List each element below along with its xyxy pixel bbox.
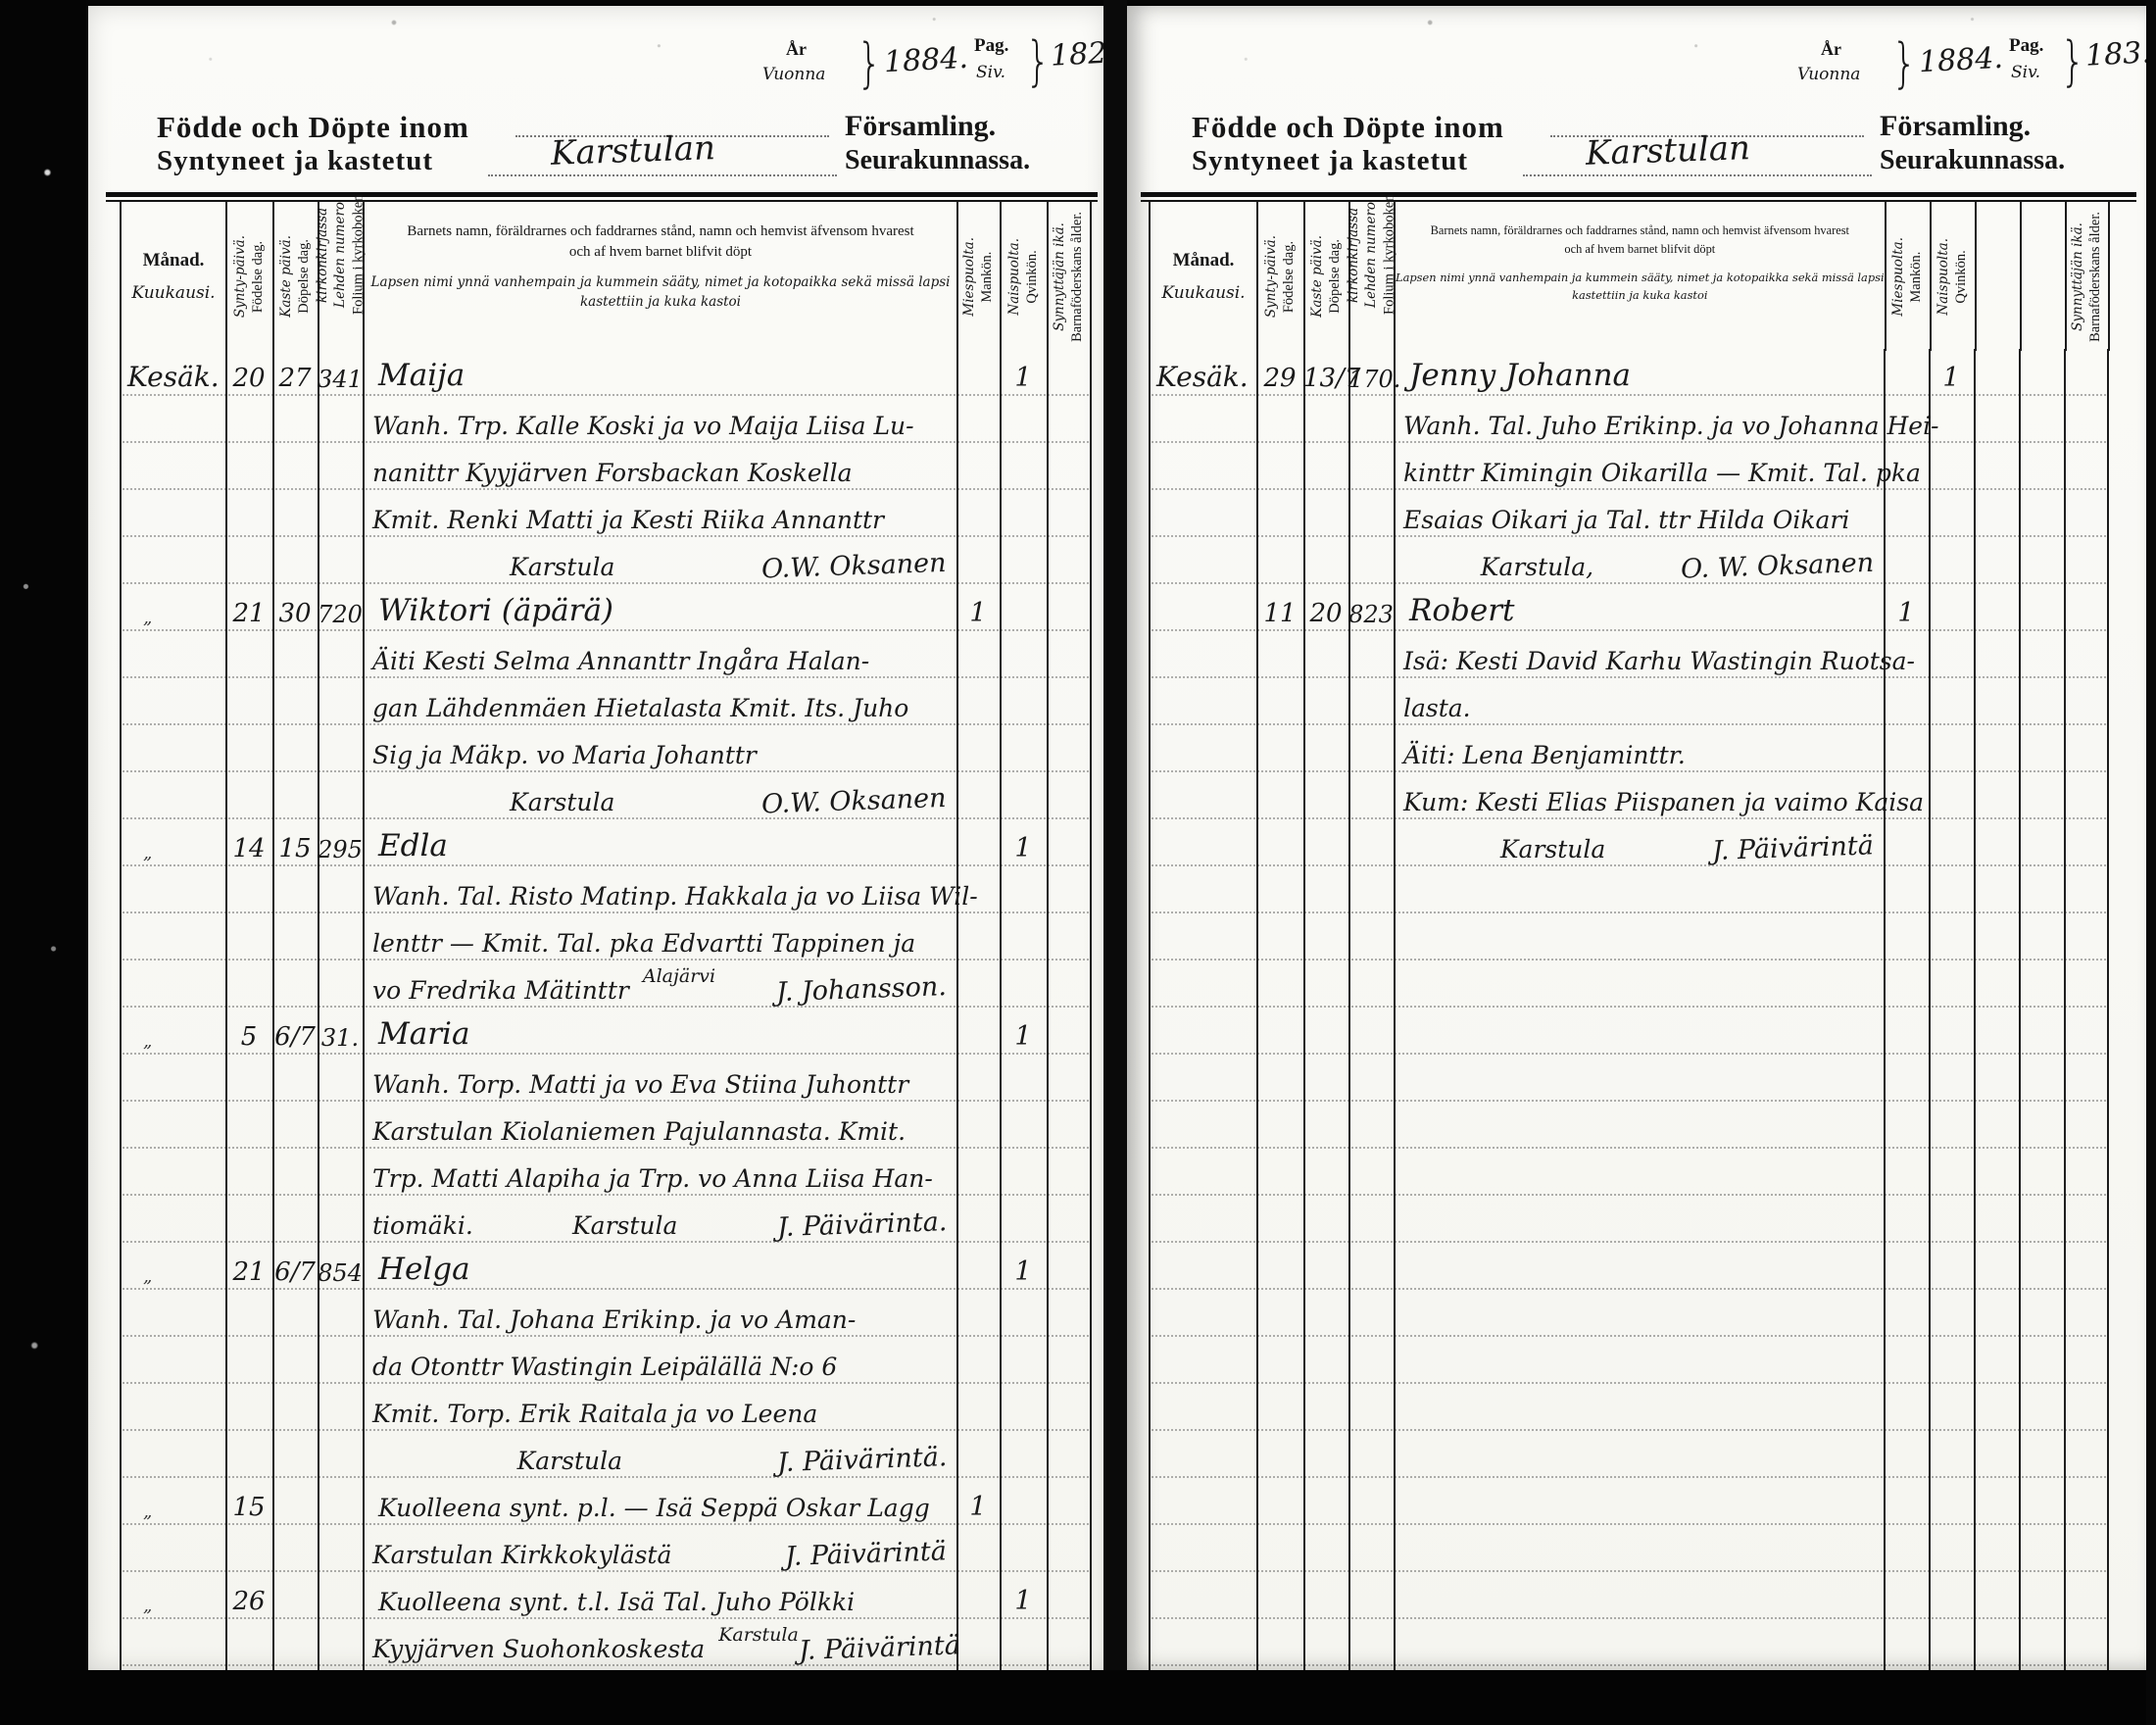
female-label-sv: Qvinkön. (1023, 238, 1043, 316)
entry-month: „ (120, 1596, 225, 1619)
month-label-sv: Månad. (1173, 250, 1235, 271)
brace-glyph: } (1025, 33, 1051, 90)
folio-label-fi1: Lehden numero (331, 159, 349, 351)
entry-first-row: „216/7854Helga1 (120, 1243, 1092, 1290)
entry-birth-day: 5 (225, 1022, 272, 1055)
column-header-female: Qvinkön.Naispuolta. (1000, 202, 1047, 351)
entry-first-row: „1415295Edla1 (120, 819, 1092, 866)
month-label-sv: Månad. (143, 250, 205, 271)
entry-baptism-day: 30 (272, 599, 318, 631)
birth-label-fi: Synty-päivä. (1262, 235, 1280, 318)
entry-child-name: Kuolleena synt. t.l. Isä Tal. Juho Pölkk… (363, 1588, 956, 1619)
entry-baptism-day: 27 (272, 364, 318, 396)
mother-age-label-fi: Synnyttäjän ikä. (1051, 212, 1068, 342)
title-swedish: Födde och Döpte inom (157, 110, 469, 145)
entry-child-name: Wiktori (äpärä) (363, 593, 956, 631)
entry-signature-line: KarstulaJ. Päivärintä. (363, 1445, 956, 1478)
entry-text-line: lenttr — Kmit. Tal. pka Edvartti Tappine… (363, 929, 956, 961)
entry-sign-row: KarstulaJ. Päivärintä (1149, 819, 2109, 866)
sex-tally-mark: 1 (1884, 598, 1929, 631)
sex-tally-mark: 1 (1000, 833, 1047, 866)
entry-sign-row: KarstulaJ. Päivärintä. (120, 1431, 1092, 1478)
sex-tally-mark: 1 (1000, 1586, 1047, 1619)
signature-place: Karstula (363, 553, 761, 581)
entry-text-line: Äiti Kesti Selma Annanttr Ingåra Halan- (363, 647, 956, 678)
entry-signature-line: vo Fredrika MätinttrAlajärviJ. Johansson… (363, 974, 956, 1008)
title-right-finnish: Seurakunnassa. (845, 145, 1030, 176)
entry-month: „ (120, 1266, 225, 1290)
column-header-birth-day: Födelse dag.Synty-päivä. (225, 202, 272, 351)
entry-birth-day: 21 (225, 599, 272, 631)
sex-tally-mark: 1 (1000, 1257, 1047, 1290)
entry-text-row: Isä: Kesti David Karhu Wastingin Ruotsa- (1149, 631, 2109, 678)
entry-month: „ (120, 843, 225, 866)
signature-note-above: Karstula (705, 1624, 799, 1646)
entry-first-row: Kesäk.2913/7170.Jenny Johanna1 (1149, 349, 2109, 396)
register-entry: Kesäk.2913/7170.Jenny Johanna1Wanh. Tal.… (1149, 349, 2109, 584)
page-number-handwritten: 183. (2084, 35, 2152, 73)
entry-signature-line: tiomäki.KarstulaJ. Päivärinta. (363, 1209, 956, 1243)
column-header-birth-day: Födelse dag.Synty-päivä. (1256, 202, 1303, 351)
officiant-signature: J. Päivärintä. (776, 1442, 956, 1478)
title-finnish: Syntyneet ja kastetut (1192, 145, 1468, 177)
brace-glyph: } (2060, 33, 2085, 90)
scan-edge-right (2146, 0, 2156, 1725)
signature-note-above: Alajärvi (629, 965, 715, 987)
birth-label-sv: Födelse dag. (249, 235, 269, 318)
entry-sign-row: tiomäki.KarstulaJ. Päivärinta. (120, 1196, 1092, 1243)
male-label-fi: Miespuolta. (960, 237, 978, 317)
brace-glyph: } (1891, 35, 1917, 92)
entry-folio-number: 170. (1348, 366, 1394, 396)
title-block: Födde och Döpte inom Syntyneet ja kastet… (1123, 106, 2146, 196)
signature-place: Karstula, (1394, 553, 1681, 581)
entry-child-name: Robert (1394, 593, 1884, 631)
signature-prefix: vo Fredrika Mätinttr (363, 976, 629, 1005)
entry-signature-line: KarstulaO.W. Oksanen (363, 786, 956, 819)
register-entry: „216/7854Helga1Wanh. Tal. Johana Erikinp… (120, 1243, 1092, 1478)
entry-first-row: 1120823Robert1 (1149, 584, 2109, 631)
officiant-signature: O.W. Oksanen (761, 783, 957, 820)
register-table: Månad. Kuukausi. Födelse dag.Synty-päivä… (1149, 202, 2109, 1670)
entry-baptism-day: 6/7 (272, 1022, 318, 1055)
entry-signature-line: Karstula,O. W. Oksanen (1394, 551, 1884, 584)
entry-first-row: „56/731.Maria1 (120, 1008, 1092, 1055)
details-label-sv2: och af hvem barnet blifvit döpt (569, 244, 752, 261)
officiant-signature: O. W. Oksanen (1680, 547, 1884, 584)
register-entry: „15Kuolleena synt. p.l. — Isä Seppä Oska… (120, 1478, 1092, 1572)
entry-text-row: Äiti: Lena Benjaminttr. (1149, 725, 2109, 772)
signature-prefix: Karstulan Kirkkokylästä (363, 1541, 671, 1569)
entry-folio-number: 341 (318, 366, 363, 396)
entry-text-line: Karstulan Kiolaniemen Pajulannasta. Kmit… (363, 1117, 956, 1149)
column-header-female: Qvinkön.Naispuolta. (1930, 202, 1975, 351)
male-label-sv: Mankön. (1907, 237, 1927, 317)
entry-text-row: nanittr Kyyjärven Forsbackan Koskella (120, 443, 1092, 490)
entry-text-row: Kmit. Torp. Erik Raitala ja vo Leena (120, 1384, 1092, 1431)
register-entry: „56/731.Maria1Wanh. Torp. Matti ja vo Ev… (120, 1008, 1092, 1243)
birth-label-fi: Synty-päivä. (231, 235, 249, 318)
entry-text-line: Sig ja Mäkp. vo Maria Johanttr (363, 741, 956, 772)
register-page-left: År Vuonna } 1884. Pag. Siv. } 182. Födde… (88, 6, 1107, 1670)
details-label-sv2: och af hvem barnet blifvit döpt (1564, 242, 1715, 257)
female-label-sv: Qvinkön. (1952, 238, 1972, 316)
entry-sign-row: KarstulaO.W. Oksanen (120, 537, 1092, 584)
entry-birth-day: 14 (225, 834, 272, 866)
officiant-signature: J. Päivärintä (798, 1630, 970, 1666)
entry-text-row: Trp. Matti Alapiha ja Trp. vo Anna Liisa… (120, 1149, 1092, 1196)
details-label-sv1: Barnets namn, föräldrarnes och faddrarne… (407, 223, 913, 240)
page-label-finnish: Siv. (976, 63, 1005, 82)
column-header-month: Månad. Kuukausi. (1149, 202, 1256, 351)
scan-edge-left (0, 0, 86, 1725)
column-header-folio: Folium i kyrkobokenLehden numerokirkonki… (1348, 202, 1394, 351)
entry-text-line: Kmit. Renki Matti ja Kesti Riika Annantt… (363, 506, 956, 537)
sex-tally-mark: 1 (1929, 363, 1974, 396)
signature-place: Karstula (363, 1447, 777, 1475)
table-header: Månad. Kuukausi. Födelse dag.Synty-päivä… (120, 202, 1092, 349)
table-header: Månad. Kuukausi. Födelse dag.Synty-päivä… (1149, 202, 2109, 349)
entry-text-row: lasta. (1149, 678, 2109, 725)
entry-first-row: „2130720Wiktori (äpärä)1 (120, 584, 1092, 631)
entries-area: Kesäk.2027341Maija1Wanh. Trp. Kalle Kosk… (120, 349, 1092, 1670)
sex-tally-mark: 1 (956, 598, 1000, 631)
entry-child-name: Edla (363, 828, 956, 866)
officiant-signature: J. Päivärintä (785, 1536, 957, 1572)
entry-text-row: Kmit. Renki Matti ja Kesti Riika Annantt… (120, 490, 1092, 537)
dotted-fill-line (1523, 174, 1872, 176)
entry-birth-day: 15 (225, 1493, 272, 1525)
page-number-block: Pag. Siv. } 182. (974, 35, 1111, 100)
column-header-male: Mankön.Miespuolta. (1885, 202, 1930, 351)
mother-age-label-fi: Synnyttäjän ikä. (2069, 212, 2086, 342)
register-page-right: År Vuonna } 1884. Pag. Siv. } 183. Födde… (1123, 6, 2146, 1670)
entry-folio-number: 854 (318, 1259, 363, 1290)
female-label-fi: Naispuolta. (1935, 238, 1952, 316)
year-block: År Vuonna } 1884. (762, 37, 998, 102)
entry-birth-day: 29 (1256, 364, 1303, 396)
folio-label-fi2: kirkonkirjassa (314, 159, 331, 351)
baptism-label-sv: Döpelse dag. (1326, 235, 1346, 318)
year-label-swedish: År (1821, 39, 1841, 60)
details-label-sv1: Barnets namn, föräldrarnes och faddrarne… (1431, 223, 1849, 238)
column-header-child-details: Barnets namn, föräldrarnes och faddrarne… (1394, 202, 1885, 351)
title-swedish: Födde och Döpte inom (1192, 110, 1504, 145)
entry-text-line: Äiti: Lena Benjaminttr. (1394, 741, 1884, 772)
entry-baptism-day: 13/7 (1303, 364, 1348, 396)
entry-sign-row: Kyyjärven SuohonkoskestaKarstulaJ. Päivä… (120, 1619, 1092, 1666)
entry-text-row: Äiti Kesti Selma Annanttr Ingåra Halan- (120, 631, 1092, 678)
mother-age-label-sv: Barnaföderskans ålder. (2086, 212, 2106, 342)
year-value-handwritten: 1884. (883, 41, 969, 79)
entry-baptism-day: 15 (272, 834, 318, 866)
entry-folio-number: 720 (318, 601, 363, 631)
entry-text-row: Wanh. Torp. Matti ja vo Eva Stiina Juhon… (120, 1055, 1092, 1102)
register-entry: „2130720Wiktori (äpärä)1Äiti Kesti Selma… (120, 584, 1092, 819)
entry-child-name: Jenny Johanna (1394, 358, 1884, 396)
sex-tally-mark: 1 (956, 1492, 1000, 1525)
officiant-signature: J. Päivärinta. (776, 1207, 956, 1243)
entry-sign-row: Karstula,O. W. Oksanen (1149, 537, 2109, 584)
entry-text-row: Esaias Oikari ja Tal. ttr Hilda Oikari (1149, 490, 2109, 537)
entry-baptism-day: 20 (1303, 599, 1348, 631)
entry-baptism-day: 6/7 (272, 1257, 318, 1290)
entry-text-line: nanittr Kyyjärven Forsbackan Koskella (363, 459, 956, 490)
entry-first-row: „26Kuolleena synt. t.l. Isä Tal. Juho Pö… (120, 1572, 1092, 1619)
entry-birth-day: 20 (225, 364, 272, 396)
entry-text-line: lasta. (1394, 694, 1884, 725)
double-rule (106, 192, 1098, 202)
sex-tally-mark: 1 (1000, 363, 1047, 396)
page-label-swedish: Pag. (2009, 35, 2043, 57)
column-header-month: Månad. Kuukausi. (120, 202, 225, 351)
details-label-fi1: Lapsen nimi ynnä vanhempain ja kummein s… (1396, 271, 1885, 284)
entry-text-row: Wanh. Tal. Risto Matinp. Hakkala ja vo L… (120, 866, 1092, 913)
female-label-fi: Naispuolta. (1005, 238, 1023, 316)
title-right-swedish: Församling. (1880, 110, 2031, 143)
column-header-blank (2020, 202, 2065, 351)
entry-text-row: Wanh. Tal. Johana Erikinp. ja vo Aman- (120, 1290, 1092, 1337)
entries-area: Kesäk.2913/7170.Jenny Johanna1Wanh. Tal.… (1149, 349, 2109, 1670)
entry-sign-row: vo Fredrika MätinttrAlajärviJ. Johansson… (120, 961, 1092, 1008)
title-right-swedish: Församling. (845, 110, 996, 143)
folio-label-fi1: Lehden numero (1362, 159, 1380, 351)
entry-birth-day: 11 (1256, 599, 1303, 631)
entry-text-line: Trp. Matti Alapiha ja Trp. vo Anna Liisa… (363, 1164, 956, 1196)
entry-text-line: gan Lähdenmäen Hietalasta Kmit. Its. Juh… (363, 694, 956, 725)
entry-text-line: kinttr Kimingin Oikarilla — Kmit. Tal. p… (1394, 459, 1921, 490)
entry-text-line: Esaias Oikari ja Tal. ttr Hilda Oikari (1394, 506, 1884, 537)
sex-tally-mark: 1 (1000, 1021, 1047, 1055)
entry-text-line: Isä: Kesti David Karhu Wastingin Ruotsa- (1394, 647, 1915, 678)
entry-month: „ (120, 1031, 225, 1055)
entry-first-row: Kesäk.2027341Maija1 (120, 349, 1092, 396)
brace-glyph: } (857, 35, 882, 92)
signature-place: Karstula (363, 788, 761, 816)
entry-text-row: da Otonttr Wastingin Leipälällä N:o 6 (120, 1337, 1092, 1384)
entry-text-line: da Otonttr Wastingin Leipälällä N:o 6 (363, 1353, 956, 1384)
column-header-male: Mankön.Miespuolta. (956, 202, 1000, 351)
entry-folio-number: 31. (318, 1024, 363, 1055)
page-label-swedish: Pag. (974, 35, 1008, 57)
entry-signature-line: KarstulaJ. Päivärintä (1394, 833, 1884, 866)
double-rule (1141, 192, 2136, 202)
register-entry: Kesäk.2027341Maija1Wanh. Trp. Kalle Kosk… (120, 349, 1092, 584)
details-label-fi2: kastettiin ja kuka kastoi (580, 294, 741, 310)
column-header-mother-age: Barnaföderskans ålder.Synnyttäjän ikä. (1047, 202, 1092, 351)
year-value-handwritten: 1884. (1918, 41, 2004, 79)
baptism-label-fi: Kaste päivä. (277, 235, 295, 318)
baptism-label-fi: Kaste päivä. (1308, 235, 1326, 318)
entry-signature-line: Karstulan KirkkokylästäJ. Päivärintä (363, 1539, 956, 1572)
birth-label-sv: Födelse dag. (1280, 235, 1299, 318)
male-label-fi: Miespuolta. (1889, 237, 1907, 317)
entry-text-row: gan Lähdenmäen Hietalasta Kmit. Its. Juh… (120, 678, 1092, 725)
register-entry: „26Kuolleena synt. t.l. Isä Tal. Juho Pö… (120, 1572, 1092, 1666)
entry-text-row: lenttr — Kmit. Tal. pka Edvartti Tappine… (120, 913, 1092, 961)
year-label-swedish: År (786, 39, 807, 60)
entry-month: Kesäk. (120, 361, 225, 396)
entry-text-line: Wanh. Tal. Risto Matinp. Hakkala ja vo L… (363, 882, 978, 913)
entry-first-row: „15Kuolleena synt. p.l. — Isä Seppä Oska… (120, 1478, 1092, 1525)
year-block: År Vuonna } 1884. (1797, 37, 2033, 102)
entry-text-line: Kmit. Torp. Erik Raitala ja vo Leena (363, 1400, 956, 1431)
entry-text-line: Wanh. Tal. Juho Erikinp. ja vo Johanna H… (1394, 412, 1939, 443)
title-finnish: Syntyneet ja kastetut (157, 145, 433, 177)
month-label-fi: Kuukausi. (1161, 283, 1245, 303)
entry-child-name: Kuolleena synt. p.l. — Isä Seppä Oskar L… (363, 1494, 956, 1525)
details-label-fi2: kastettiin ja kuka kastoi (1572, 288, 1707, 302)
entry-folio-number: 295 (318, 836, 363, 866)
page-number-block: Pag. Siv. } 183. (2009, 35, 2146, 100)
register-entry: 1120823Robert1Isä: Kesti David Karhu Was… (1149, 584, 2109, 866)
male-label-sv: Mankön. (978, 237, 998, 317)
officiant-signature: O.W. Oksanen (761, 548, 957, 585)
baptism-label-sv: Döpelse dag. (295, 235, 315, 318)
officiant-signature: J. Päivärintä (1712, 830, 1885, 866)
entry-signature-line: KarstulaO.W. Oksanen (363, 551, 956, 584)
entry-sign-row: Karstulan KirkkokylästäJ. Päivärintä (120, 1525, 1092, 1572)
entry-text-line: Wanh. Torp. Matti ja vo Eva Stiina Juhon… (363, 1070, 956, 1102)
entry-text-row: Karstulan Kiolaniemen Pajulannasta. Kmit… (120, 1102, 1092, 1149)
year-label-finnish: Vuonna (1797, 65, 1860, 84)
dotted-fill-line (488, 174, 837, 176)
entry-sign-row: KarstulaO.W. Oksanen (120, 772, 1092, 819)
entry-text-row: Wanh. Tal. Juho Erikinp. ja vo Johanna H… (1149, 396, 2109, 443)
month-label-fi: Kuukausi. (131, 283, 215, 303)
signature-place: Karstula (473, 1211, 777, 1240)
book-spine-gutter (1103, 0, 1127, 1725)
register-entry: „1415295Edla1Wanh. Tal. Risto Matinp. Ha… (120, 819, 1092, 1008)
folio-label-fi2: kirkonkirjassa (1345, 159, 1362, 351)
entry-child-name: Maija (363, 358, 956, 396)
entry-birth-day: 21 (225, 1257, 272, 1290)
entry-birth-day: 26 (225, 1587, 272, 1619)
entry-month: Kesäk. (1149, 361, 1256, 396)
signature-prefix: tiomäki. (363, 1211, 473, 1240)
entry-folio-number: 823 (1348, 601, 1394, 631)
column-header-baptism-day: Döpelse dag.Kaste päivä. (1303, 202, 1348, 351)
column-header-mother-age: Barnaföderskans ålder.Synnyttäjän ikä. (2065, 202, 2110, 351)
entry-signature-line: Kyyjärven SuohonkoskestaKarstulaJ. Päivä… (363, 1633, 970, 1666)
title-block: Födde och Döpte inom Syntyneet ja kastet… (88, 106, 1107, 196)
page-label-finnish: Siv. (2011, 63, 2040, 82)
title-right-finnish: Seurakunnassa. (1880, 145, 2065, 176)
parish-name-handwritten: Karstulan (1585, 128, 1750, 173)
signature-place: Karstula (1394, 835, 1712, 863)
entry-month: „ (120, 608, 225, 631)
register-table: Månad. Kuukausi. Födelse dag.Synty-päivä… (120, 202, 1092, 1670)
entry-text-row: Sig ja Mäkp. vo Maria Johanttr (120, 725, 1092, 772)
entry-text-line: Wanh. Tal. Johana Erikinp. ja vo Aman- (363, 1306, 956, 1337)
scan-edge-bottom (0, 1670, 2156, 1725)
column-header-folio: Folium i kyrkobokenLehden numerokirkonki… (318, 202, 363, 351)
entry-child-name: Maria (363, 1016, 956, 1055)
column-header-blank (1975, 202, 2020, 351)
signature-prefix: Kyyjärven Suohonkoskesta (363, 1635, 705, 1663)
details-label-fi1: Lapsen nimi ynnä vanhempain ja kummein s… (371, 274, 951, 290)
column-header-child-details: Barnets namn, föräldrarnes och faddrarne… (363, 202, 956, 351)
entry-month: „ (120, 1502, 225, 1525)
year-label-finnish: Vuonna (762, 65, 825, 84)
entry-text-line: Wanh. Trp. Kalle Koski ja vo Maija Liisa… (363, 412, 956, 443)
mother-age-label-sv: Barnaföderskans ålder. (1068, 212, 1088, 342)
column-header-baptism-day: Döpelse dag.Kaste päivä. (272, 202, 318, 351)
entry-text-row: kinttr Kimingin Oikarilla — Kmit. Tal. p… (1149, 443, 2109, 490)
entry-text-row: Wanh. Trp. Kalle Koski ja vo Maija Liisa… (120, 396, 1092, 443)
entry-text-line: Kum: Kesti Elias Piispanen ja vaimo Kais… (1394, 788, 1924, 819)
entry-text-row: Kum: Kesti Elias Piispanen ja vaimo Kais… (1149, 772, 2109, 819)
parish-name-handwritten: Karstulan (550, 128, 715, 173)
officiant-signature: J. Johansson. (776, 971, 957, 1008)
entry-child-name: Helga (363, 1252, 956, 1290)
